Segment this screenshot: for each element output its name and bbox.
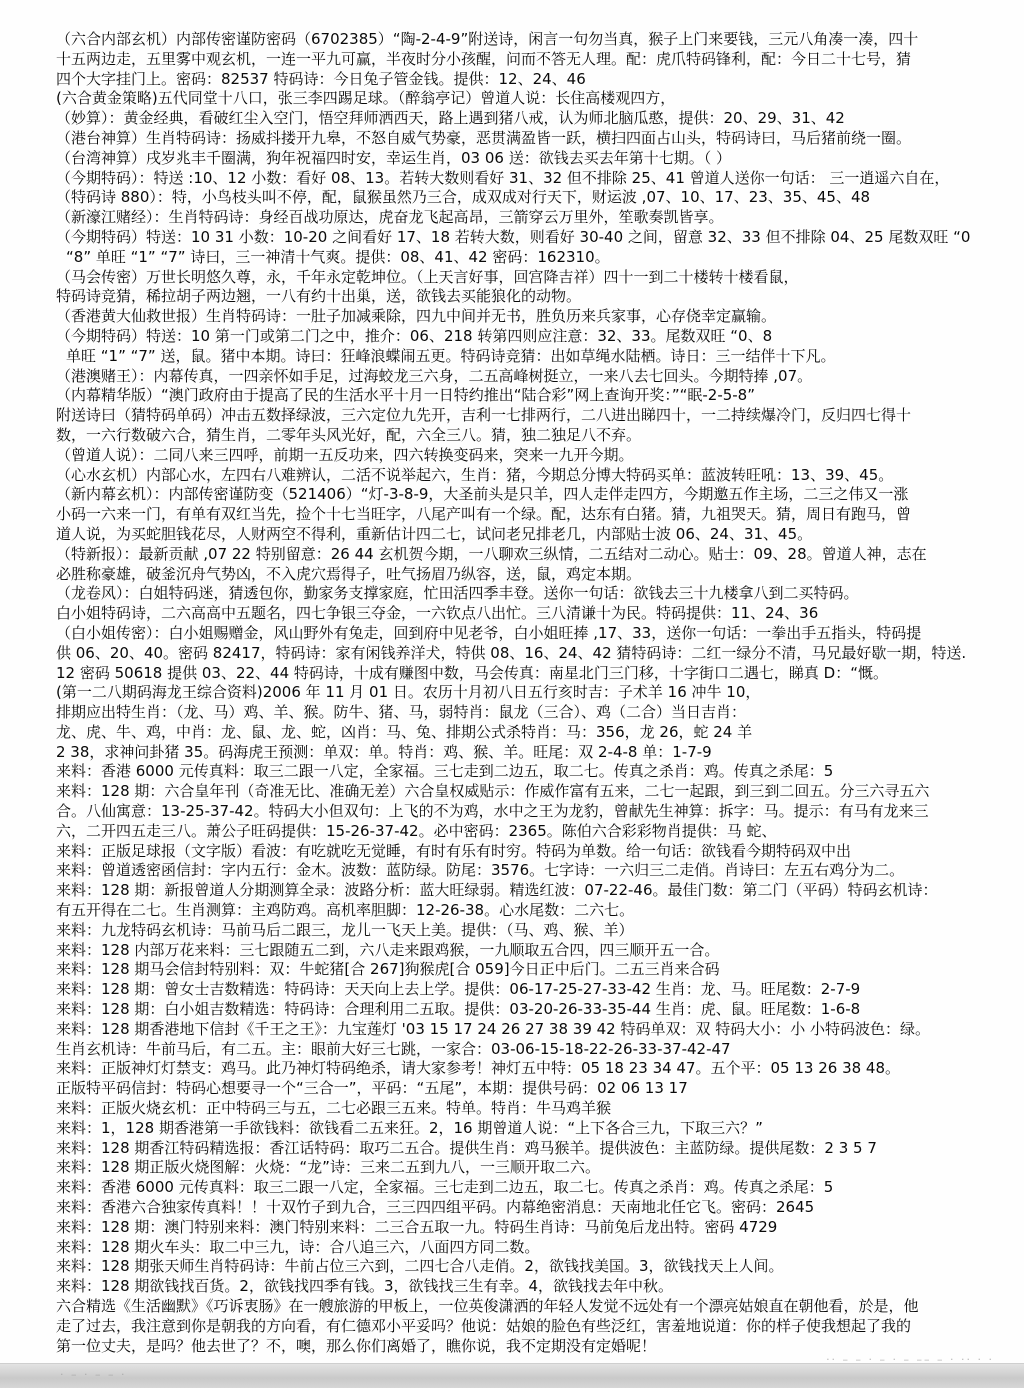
text-line: （港台神算）生肖特码诗：扬威抖搂开九皋，不怒自威气势豪，恶贯满盈皆一跃，横扫四面… <box>56 129 1014 149</box>
text-line: 必胜称豪雄，破釜沉舟气势凶，不入虎穴焉得子，吐气扬眉乃纵容，送，鼠，鸡定本期。 <box>56 565 1014 585</box>
text-line: 来料：128 期：曾女士吉数精选：特码诗：天天向上去上学。提供：06-17-25… <box>56 980 1014 1000</box>
text-line: 来料：128 期正版火烧图解：火烧：“龙”诗：三来二五到九八，一三顺开取二六。 <box>56 1158 1014 1178</box>
text-line: （港澳赌王）：内幕传真，一四亲怀如手足，过海蛟龙三六身，二五高峰树挺立，一来八去… <box>56 367 1014 387</box>
text-line: 来料：128 期火车头：取二中三九，诗：合八追三六，八面四方同二数。 <box>56 1238 1014 1258</box>
text-line: 来料：128 期欲钱找百货。2，欲钱找四季有钱。3，欲钱找三生有幸。4，欲钱找去… <box>56 1277 1014 1297</box>
text-line: 附送诗曰（猜特码单码）冲击五数择绿波，三六定位九先开，吉利一七排两行，二八进出睇… <box>56 406 1014 426</box>
text-line: 生肖玄机诗：牛前马后，有二五。主：眼前大好三七跳，一家合：03-06-15-18… <box>56 1040 1014 1060</box>
text-line: （曾道人说）：二同八来三四呼，前期一五反功来，四六转换变码来，突来一九开今期。 <box>56 446 1014 466</box>
text-line: 来料：128 期香港地下信封《千王之王》：九宝莲灯 '03 15 17 24 2… <box>56 1020 1014 1040</box>
text-line: 来料：128 内部万花来料：三七跟随五二到，六八走来跟鸡猴，一九顺取五合四，四三… <box>56 941 1014 961</box>
text-line: 六，二开四五走三八。萧公子旺码提供：15-26-37-42。必中密码：2365。… <box>56 822 1014 842</box>
text-line: （台湾神算）戌岁兆丰千圈满，狗年祝福四时安，幸运生肖，03 06 送：欲钱去买去… <box>56 149 1014 169</box>
text-line: 走了过去，我注意到你是朝我的方向看，有仁德邓小平妥吗？他说：姑娘的脸色有些泛红，… <box>56 1317 1014 1337</box>
text-line: 来料：128 期：澳门特别来料：澳门特别来料：二三合五取一九。特码生肖诗：马前兔… <box>56 1218 1014 1238</box>
text-line: 2 38，求神问卦猪 35。码海虎王预测：单双：单。特肖：鸡、猴、羊。旺尾：双 … <box>56 743 1014 763</box>
text-line: （白小姐传密）：白小姐赐赠金，风山野外有兔走，回到府中见老爷，白小姐旺捧 ,17… <box>56 624 1014 644</box>
text-line: （香港黄大仙救世报）生肖特码诗：一肚子加减乘除，四九中间并无书，胜负历来兵家事，… <box>56 307 1014 327</box>
text-line: （心水玄机）内部心水，左四右八难辨认，二活不说举起六，生肖：猪，今期总分博大特码… <box>56 466 1014 486</box>
text-line: 12 密码 50618 提供 03、22、44 特码诗，十成有赚图中数，马会传真… <box>56 664 1014 684</box>
text-line: （特码诗 880）：特，小鸟枝头叫不停，配，鼠猴虽然乃三合，成双成对行天下，财运… <box>56 188 1014 208</box>
text-line: 六合精选《生活幽默》《巧诉衷肠》在一艘旅游的甲板上，一位英俊潇洒的年轻人发觉不远… <box>56 1297 1014 1317</box>
text-line: 来料：128 期张天师生肖特码诗：牛前占位三六到，二四七合八走俏。2，欲钱找美国… <box>56 1257 1014 1277</box>
text-line: (六合黄金策略)五代同堂十八口，张三李四踢足球。（醉翁亭记）曾道人说：长住高楼观… <box>56 89 1014 109</box>
text-line: （六合内部玄机）内部传密谨防密码（6702385）“陶-2-4-9”附送诗，闲言… <box>56 30 1014 50</box>
text-line: 来料：曾道透密函信封：字内五行：金木。波数：蓝防绿。防尾：3576。七字诗：一六… <box>56 861 1014 881</box>
text-line: 来料：香港 6000 元传真料：取三二跟一八定，全家福。三七走到二边五，取二七。… <box>56 1178 1014 1198</box>
text-line: （今期特码）特送：10 第一门或第二门之中，推介：06、218 转第四则应注意：… <box>56 327 1014 347</box>
text-line: （内幕精华版）“澳门政府由于提高了民的生活水平十月一日特约推出“陆合彩”网上查询… <box>56 386 1014 406</box>
text-line: 小码一六来一门，有单有双红当先，捡个十七当旺字，八尾产叫有一个绿。配，达东有白猪… <box>56 505 1014 525</box>
text-line: 来料：128 期香江特码精选报：香江话特码：取巧二五合。提供生肖：鸡马猴羊。提供… <box>56 1139 1014 1159</box>
text-line: 来料：128 期：六合皇年刊（奇准无比、准确无差）六合皇权威贴示：作威作富有五来… <box>56 782 1014 802</box>
text-line: 来料：128 期：白小姐吉数精选：特码诗：合理利用二五取。提供：03-20-26… <box>56 1000 1014 1020</box>
text-line: 来料：128 期：新报曾道人分期测算全录：波路分析：蓝大旺绿弱。精选红波：07-… <box>56 881 1014 901</box>
text-line: （龙卷风）：白姐特码迷，猜透包你，勤家务支撑家庭，忙田活四季丰登。送你一句话：欲… <box>56 584 1014 604</box>
text-line: 来料：正版火烧玄机：正中特码三与五，二七必跟三五来。特单。特肖：牛马鸡羊猴 <box>56 1099 1014 1119</box>
text-line: 有五开得在二七。生肖测算：主鸡防鸡。高机率胆脚：12-26-38。心水尾数：二六… <box>56 901 1014 921</box>
text-line: （今期特码）特送：10 31 小数：10-20 之间看好 17、18 若转大数，… <box>56 228 1014 248</box>
text-line: 来料：香港 6000 元传真料：取三二跟一八定，全家福。三七走到二边五，取二七。… <box>56 762 1014 782</box>
footer-residue: · – · – – · <box>0 1364 1024 1383</box>
text-line: 白小姐特码诗，二六高高中五题名，四七争银三夺金，一六钦点八出忙。三八清谦十为民。… <box>56 604 1014 624</box>
document-page: （六合内部玄机）内部传密谨防密码（6702385）“陶-2-4-9”附送诗，闲言… <box>0 0 1024 1388</box>
text-line: “8” 单旺 “1” “7” 诗曰，三一神清十气爽。提供：08、41、42 密码… <box>56 248 1014 268</box>
text-line: 来料：正版神灯灯禁支：鸡马。此乃神灯特码绝杀，请大家参考！神灯五中特：05 18… <box>56 1059 1014 1079</box>
text-line: 来料：九龙特码玄机诗：马前马后二跟三，龙儿一飞天上美。提供：（马、鸡、猴、羊） <box>56 921 1014 941</box>
text-line: (第一二八期码海龙王综合资料)2006 年 11 月 01 日。农历十月初八日五… <box>56 683 1014 703</box>
text-line: 道人说，为买蛇胆钱花尽，人财两空不得利，重新估计四二七，试问老兄排老几，内部贴士… <box>56 525 1014 545</box>
text-line: 排期应出特生肖：（龙、马）鸡、羊、猴。防牛、猪、马，弱特肖：鼠龙（三合）、鸡（二… <box>56 703 1014 723</box>
text-line: （马会传密）万世长明悠久尊，永，千年永定乾坤位。（上天言好事，回宫降吉祥）四十一… <box>56 268 1014 288</box>
text-line: 单旺 “1” “7” 送，鼠。猪中本期。诗曰：狂峰浪蝶闹五更。特码诗竞猜：出如草… <box>56 347 1014 367</box>
text-line: 供 06、20、40。密码 82417，特码诗：家有闲钱养洋犬，特供 08、16… <box>56 644 1014 664</box>
text-line: （新濠江赌经）：生肖特码诗：身经百战功原达，虎奋龙飞起高昂，三箭穿云万里外，笙歌… <box>56 208 1014 228</box>
text-line: 正版特平码信封：特码心想要寻一个“三合一”，平码：“五尾”，本期：提供号码：02… <box>56 1079 1014 1099</box>
text-line: （特新报）：最新贡献 ,07 22 特别留意：26 44 玄机贺今期，一八聊欢三… <box>56 545 1014 565</box>
text-line: （今期特码）：特送 :10、12 小数：看好 08、13。若转大数则看好 31、… <box>56 169 1014 189</box>
text-line: 来料：正版足球报（文字版）看波：有吃就吃无觉睡，有时有乐有时穷。特码为单数。给一… <box>56 842 1014 862</box>
text-line: 来料：香港六合独家传真料！！十双竹子到九合，三三四四组平码。内幕绝密消息：天南地… <box>56 1198 1014 1218</box>
text-line: 来料：128 期马会信封特别料：双：牛蛇猪[合 267]狗猴虎[合 059]今日… <box>56 960 1014 980</box>
text-line: （妙算）：黄金经典，看破红尘入空门，悟空拜师洒西天，路上遇到猪八戒，认为师北脑瓜… <box>56 109 1014 129</box>
text-line: 龙、虎、牛、鸡，中肖：龙、鼠、龙、蛇，凶肖：马、兔、排期公式杀特肖：马：356，… <box>56 723 1014 743</box>
text-line: 数，一六行数破六合，猜生肖，二零年头风光好，配，六全三八。猜，独二独足八不弃。 <box>56 426 1014 446</box>
text-line: 四个大字挂门上。密码：82537 特码诗：今日兔子管金钱。提供：12、24、46 <box>56 70 1014 90</box>
document-body: （六合内部玄机）内部传密谨防密码（6702385）“陶-2-4-9”附送诗，闲言… <box>56 30 1014 1356</box>
text-line: 十五两边走，五里雾中观玄机，一连一平九可赢，半夜时分小孩醒，问而不答无人理。配：… <box>56 50 1014 70</box>
text-line: 来料：1，128 期香港第一手欲钱料：欲钱看二五来狂。2，16 期曾道人说：“上… <box>56 1119 1014 1139</box>
text-line: 特码诗竞猜，稀拉胡子两边翘，一八有约十出巢，送，欲钱去买能狼化的动物。 <box>56 287 1014 307</box>
text-line: （新内幕玄机）：内部传密谨防变（521406）“灯-3-8-9，大圣前头是只羊，… <box>56 485 1014 505</box>
page-bottom-bar: · – · – – · <box>0 1363 1024 1388</box>
text-line: 合。八仙寓意：13-25-37-42。特码大小但双句：上飞的不为鸡，水中之王为龙… <box>56 802 1014 822</box>
